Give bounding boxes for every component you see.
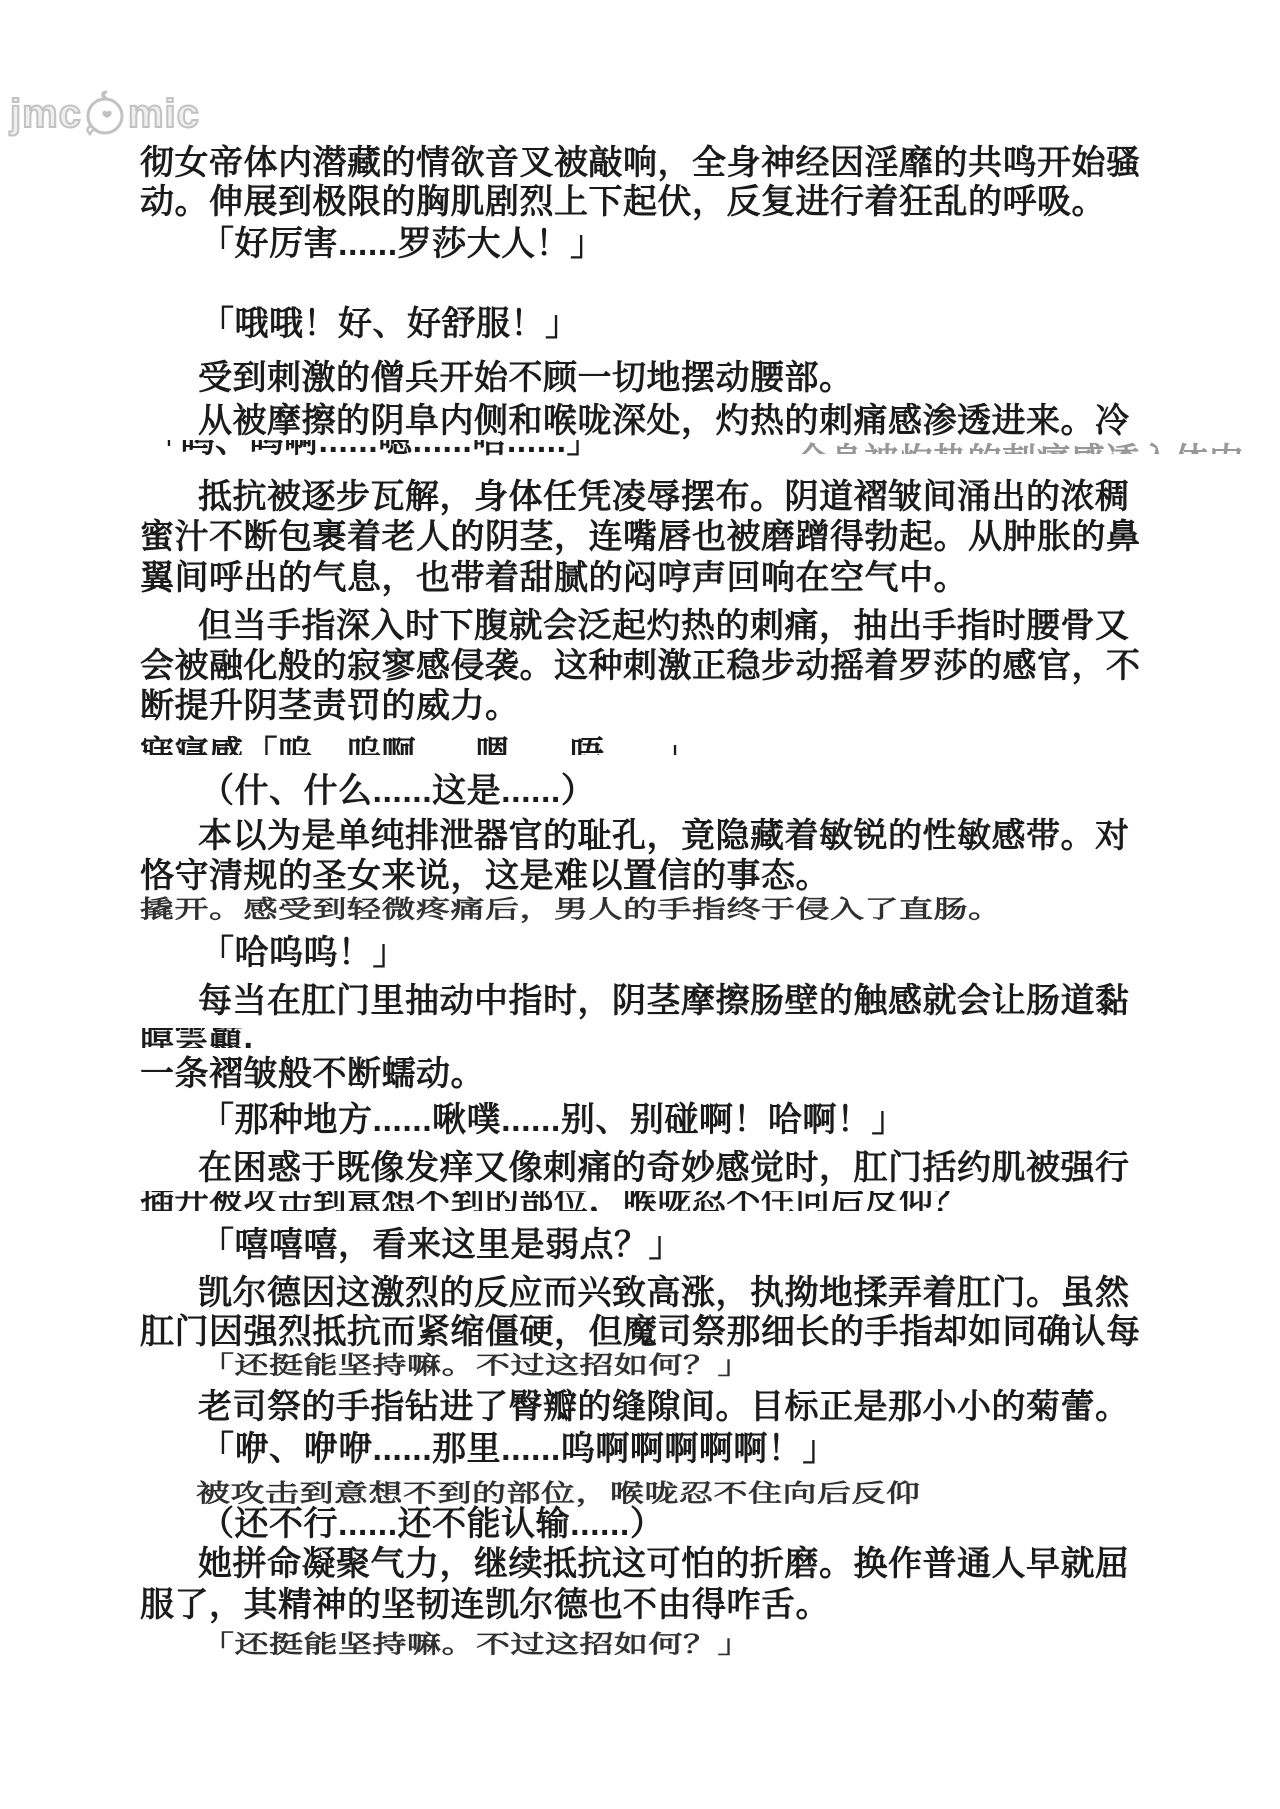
text-line-21: 每当在肛门里抽动中指时，阴茎摩擦肠壁的触感就会让肠道黏	[198, 982, 1130, 1020]
text-line-4: 「哦哦！好、好舒服！」	[200, 305, 580, 343]
text-line-25: 在困惑于既像发痒又像刺痛的奇妙感觉时，肛门括约肌被强行	[198, 1149, 1130, 1187]
text-line-7: 「呜、呜啊......嗯......唔......」	[146, 440, 601, 458]
text-line-3: 「好厉害......罗莎大人！」	[200, 225, 605, 263]
text-line-24: 「那种地方......啾噗......别、别碰啊！哈啊！」	[200, 1101, 906, 1139]
text-line-10: 蜜汁不断包裹着老人的阴茎，连嘴唇也被磨蹭得勃起。从肿胀的鼻	[140, 518, 1141, 556]
text-line-12: 但当手指深入时下腹就会泛起灼热的刺痛，抽出手指时腰骨又	[198, 607, 1130, 645]
text-line-34: （还不行......还不能认输......）	[200, 1505, 664, 1543]
text-line-15: 寐寝感「呜、呜啊......嗯......唔......」	[140, 735, 699, 755]
text-line-33: 被攻击到意想不到的部位，喉咙忍不住向后反仰	[196, 1480, 921, 1507]
text-line-19: 撬开。感受到轻微疼痛后，男人的手指终于侵入了直肠。	[140, 896, 1003, 923]
novel-page: jmc mic 彻女帝体内潜藏的情欲音叉被敲响，全身神经因淫靡的共鸣开始骚动。伸…	[0, 0, 1280, 1809]
text-line-9: 抵抗被逐步瓦解，身体任凭凌辱摆布。阴道褶皱间涌出的浓稠	[198, 478, 1130, 516]
text-line-1: 彻女帝体内潜藏的情欲音叉被敲响，全身神经因淫靡的共鸣开始骚	[140, 144, 1141, 182]
text-line-22: 暲雲巓.	[140, 1028, 253, 1048]
text-line-32: 「咿、咿咿......那里......呜啊啊啊啊啊！」	[200, 1430, 837, 1468]
text-line-37: 「还挺能坚持嘛。不过这招如何？」	[200, 1631, 752, 1658]
text-line-36: 服了，其精神的坚韧连凯尔德也不由得咋舌。	[140, 1586, 830, 1624]
text-line-8: 全身被灼热的刺痛感透入体内	[795, 442, 1244, 454]
text-line-28: 凯尔德因这激烈的反应而兴致高涨，执拗地揉弄着肛门。虽然	[198, 1274, 1130, 1312]
text-line-29: 肛门因强烈抵抗而紧缩僵硬，但魔司祭那细长的手指却如同确认每	[140, 1313, 1141, 1351]
text-line-35: 她拼命凝聚气力，继续抵抗这可怕的折磨。换作普通人早就屈	[198, 1545, 1130, 1583]
bird-face-icon	[83, 90, 127, 138]
text-line-27: 「嘻嘻嘻，看来这里是弱点？」	[200, 1226, 683, 1264]
text-line-30: 「还挺能坚持嘛。不过这招如何？」	[200, 1352, 752, 1379]
text-line-26: 插开被攻击到意想不到的部位，喉咙忍不住向后反仰？	[140, 1191, 968, 1211]
text-line-13: 会被融化般的寂寥感侵袭。这种刺激正稳步动摇着罗莎的感官，不	[140, 647, 1141, 685]
text-line-14: 断提升阴茎责罚的威力。	[140, 687, 520, 725]
logo-text-left: jmc	[10, 92, 82, 137]
text-line-17: 本以为是单纯排泄器官的耻孔，竟隐藏着敏锐的性敏感带。对	[198, 817, 1130, 855]
text-line-5: 受到刺激的僧兵开始不顾一切地摆动腰部。	[198, 359, 854, 397]
text-line-11: 翼间呼出的气息，也带着甜腻的闷哼声回响在空气中。	[140, 559, 968, 597]
jmcomic-logo: jmc mic	[10, 90, 200, 138]
text-line-23: 一条褶皱般不断蠕动。	[140, 1055, 485, 1093]
text-line-2: 动。伸展到极限的胸肌剧烈上下起伏，反复进行着狂乱的呼吸。	[140, 183, 1106, 221]
text-line-31: 老司祭的手指钻进了臀瓣的缝隙间。目标正是那小小的菊蕾。	[198, 1388, 1130, 1426]
text-line-20: 「哈呜呜！」	[200, 934, 407, 972]
logo-text-right: mic	[128, 92, 200, 137]
text-line-6: 从被摩擦的阴阜内侧和喉咙深处，灼热的刺痛感渗透进来。冷	[198, 402, 1130, 440]
text-line-18: 恪守清规的圣女来说，这是难以置信的事态。	[140, 857, 830, 895]
text-line-16: （什、什么......这是......）	[200, 772, 595, 810]
